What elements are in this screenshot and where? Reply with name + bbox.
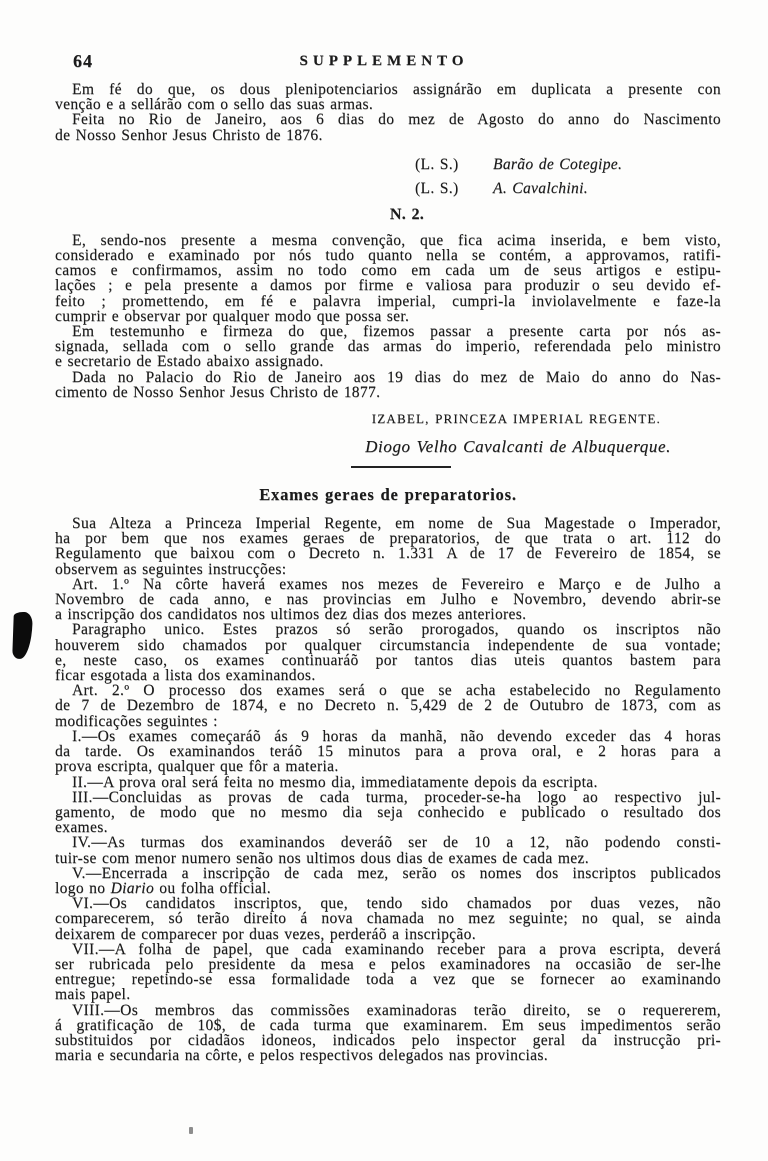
paragraph-item-vi: VI.—Os candidatos inscriptos, que, tendo… [55, 896, 721, 942]
text-line: V.—Encerrada a inscripção de cada mez, s… [55, 866, 721, 881]
text-line: Paragrapho unico. Estes prazos só serão … [55, 622, 721, 637]
text-line: II.—A prova oral será feita no mesmo dia… [55, 775, 721, 790]
text-line: Art. 2.º O processo dos exames será o qu… [55, 683, 721, 698]
text-line: camos e confirmamos, assim no todo como … [55, 263, 721, 278]
signatory-name: Barão de Cotegipe. [493, 153, 622, 177]
journal-title: SUPPLEMENTO [0, 53, 768, 70]
text-line: observem as seguintes instrucções: [55, 562, 721, 577]
signature-row: (L. S.) A. Cavalchini. [415, 177, 721, 201]
text-line: mais papel. [55, 987, 721, 1002]
regent-signature: IZABEL, PRINCEZA IMPERIAL REGENTE. [55, 411, 721, 427]
text-line: e secretario de Estado abaixo assignado. [55, 354, 721, 369]
signature-row: (L. S.) Barão de Cotegipe. [415, 153, 721, 177]
seal-mark: (L. S.) [415, 153, 493, 177]
text-line: Feita no Rio de Janeiro, aos 6 dias do m… [55, 112, 721, 127]
section-heading: Exames geraes de preparatorios. [55, 485, 721, 505]
text-line: Art. 1.º Na côrte haverá exames nos meze… [55, 577, 721, 592]
text-line: comparecerem, só terão direito á nova ch… [55, 911, 721, 926]
paragraph-feita-no-rio: Feita no Rio de Janeiro, aos 6 dias do m… [55, 112, 721, 142]
document-body: Em fé do que, os dous plenipotenciarios … [0, 73, 768, 1063]
ink-speck [189, 1127, 193, 1134]
text-line: ha por bem que nos exames geraes de prep… [55, 531, 721, 546]
text-line: ficar esgotada a lista dos examinandos. [55, 668, 721, 683]
text-line: VI.—Os candidatos inscriptos, que, tendo… [55, 896, 721, 911]
paragraph-item-vii: VII.—A folha de papel, que cada examinan… [55, 942, 721, 1003]
text-line: gamento, de modo que no mesmo dia seja c… [55, 805, 721, 820]
paragraph-item-i: I.—Os exames começaráõ ás 9 horas da man… [55, 729, 721, 775]
text-line: modificações seguintes : [55, 714, 721, 729]
text-line: Em testemunho e firmeza do que, fizemos … [55, 324, 721, 339]
text-line: Sua Alteza a Princeza Imperial Regente, … [55, 516, 721, 531]
text-line: E, sendo-nos presente a mesma convenção,… [55, 233, 721, 248]
signature-block: (L. S.) Barão de Cotegipe. (L. S.) A. Ca… [415, 153, 721, 201]
paragraph-dada-no-palacio: Dada no Palacio do Rio de Janeiro aos 19… [55, 370, 721, 400]
text-line: tuir-se com menor numero senão nos ultim… [55, 851, 721, 866]
text-line: deixarem de comparecer por duas vezes, p… [55, 927, 721, 942]
text-line: logo no Diario ou folha official. [55, 881, 721, 896]
paragraph-item-ii: II.—A prova oral será feita no mesmo dia… [55, 775, 721, 790]
text-line: feito ; promettendo, em fé e palavra imp… [55, 294, 721, 309]
text-line: exames. [55, 820, 721, 835]
page-number: 64 [73, 51, 93, 72]
text-line: maria e secundaria na côrte, e pelos res… [55, 1048, 721, 1063]
paragraph-em-fe-do-que: Em fé do que, os dous plenipotenciarios … [55, 82, 721, 112]
text-line: e, neste caso, os exames continuaráõ por… [55, 653, 721, 668]
text-line: Em fé do que, os dous plenipotenciarios … [55, 82, 721, 97]
text-line: de 7 de Dezembro de 1874, e no Decreto n… [55, 698, 721, 713]
section-number: N. 2. [74, 206, 740, 224]
text-line: de Nosso Senhor Jesus Christo de 1876. [55, 128, 721, 143]
paragraph-ratification: E, sendo-nos presente a mesma convenção,… [55, 233, 721, 324]
text-line: I.—Os exames começaráõ ás 9 horas da man… [55, 729, 721, 744]
text-line: VIII.—Os membros das commissões examinad… [55, 1003, 721, 1018]
section-divider [351, 466, 451, 468]
seal-mark: (L. S.) [415, 177, 493, 201]
text-line: a inscripção dos candidatos nos ultimos … [55, 607, 721, 622]
paragraph-art-2: Art. 2.º O processo dos exames será o qu… [55, 683, 721, 729]
paragraph-paragrapho-unico: Paragrapho unico. Estes prazos só serão … [55, 622, 721, 683]
paragraph-sua-alteza: Sua Alteza a Princeza Imperial Regente, … [55, 516, 721, 577]
text-line: houverem sido chamados por qualquer circ… [55, 638, 721, 653]
text-line: signada, sellada com o sello grande das … [55, 339, 721, 354]
paragraph-item-v: V.—Encerrada a inscripção de cada mez, s… [55, 866, 721, 896]
text-line: da tarde. Os examinandos teráõ 15 minuto… [55, 744, 721, 759]
text-line: considerado e examinado por nós tudo qua… [55, 248, 721, 263]
text-line: cimento de Nosso Senhor Jesus Christo de… [55, 385, 721, 400]
text-line: á gratificação de 10$, de cada turma que… [55, 1018, 721, 1033]
text-line: III.—Concluidas as provas de cada turma,… [55, 790, 721, 805]
text-line: Dada no Palacio do Rio de Janeiro aos 19… [55, 370, 721, 385]
text-line: substituidos por cidadãos idoneos, indic… [55, 1033, 721, 1048]
paragraph-item-iii: III.—Concluidas as provas de cada turma,… [55, 790, 721, 836]
minister-signature: Diogo Velho Cavalcanti de Albuquerque. [55, 437, 721, 457]
text-line: entregue; repetindo-se essa formalidade … [55, 972, 721, 987]
paragraph-item-viii: VIII.—Os membros das commissões examinad… [55, 1003, 721, 1064]
paragraph-art-1: Art. 1.º Na côrte haverá exames nos meze… [55, 577, 721, 623]
paragraph-item-iv: IV.—As turmas dos examinandos deveráõ se… [55, 835, 721, 865]
document-page: 64 SUPPLEMENTO Em fé do que, os dous ple… [0, 0, 768, 1161]
text-line: Novembro de cada anno, e nas provincias … [55, 592, 721, 607]
text-line: VII.—A folha de papel, que cada examinan… [55, 942, 721, 957]
page-header: 64 SUPPLEMENTO [0, 0, 768, 73]
text-line: prova escripta, qualquer que fôr a mater… [55, 759, 721, 774]
signatory-name: A. Cavalchini. [493, 177, 588, 201]
text-line: lações ; e pela presente a damos por fir… [55, 278, 721, 293]
text-line: venção e a sellárão com o sello das suas… [55, 97, 721, 112]
text-line: IV.—As turmas dos examinandos deveráõ se… [55, 835, 721, 850]
paragraph-em-testemunho: Em testemunho e firmeza do que, fizemos … [55, 324, 721, 370]
text-line: cumprir e observar por qualquer modo que… [55, 309, 721, 324]
text-line: ser rubricada pelo presidente da mesa e … [55, 957, 721, 972]
text-line: Regulamento que baixou com o Decreto n. … [55, 546, 721, 561]
